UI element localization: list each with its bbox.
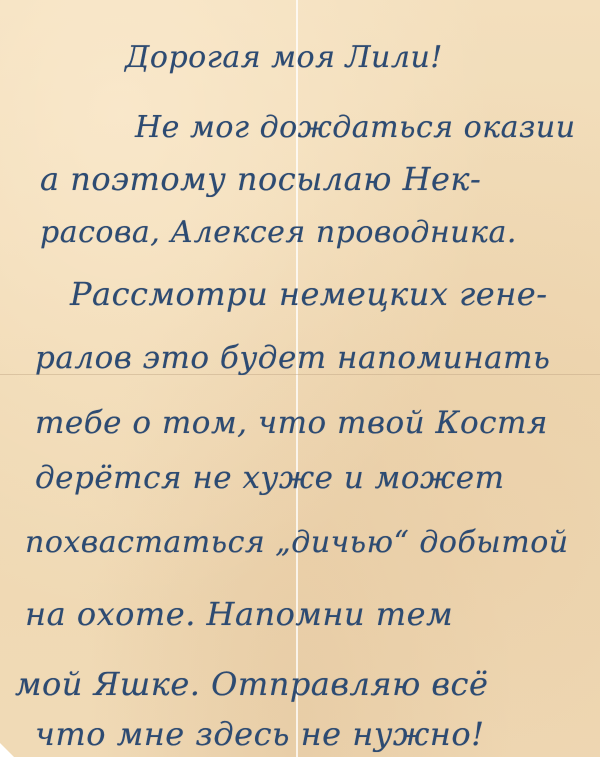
letter-line: мой Яшке. Отправляю всё <box>15 665 488 703</box>
letter-line: на охоте. Напомни тем <box>25 595 453 633</box>
letter-line: дерётся не хуже и может <box>35 460 505 496</box>
letter-line: похвастаться „дичью“ добытой <box>25 525 569 560</box>
letter-line: а поэтому посылаю Нек- <box>40 160 481 198</box>
letter-line: что мне здесь не нужно! <box>35 715 485 753</box>
letter-line: ралов это будет напоминать <box>35 340 550 376</box>
letter-line: Не мог дождаться оказии <box>135 110 576 145</box>
letter-line: Рассмотри немецких гене- <box>70 275 548 313</box>
torn-corner <box>0 743 14 757</box>
letter-line: тебе о том, что твой Костя <box>35 405 548 441</box>
letter-line: расова, Алексея проводника. <box>40 215 517 250</box>
letter-greeting: Дорогая моя Лили! <box>125 40 443 75</box>
letter-page: Дорогая моя Лили! Не мог дождаться окази… <box>0 0 600 757</box>
